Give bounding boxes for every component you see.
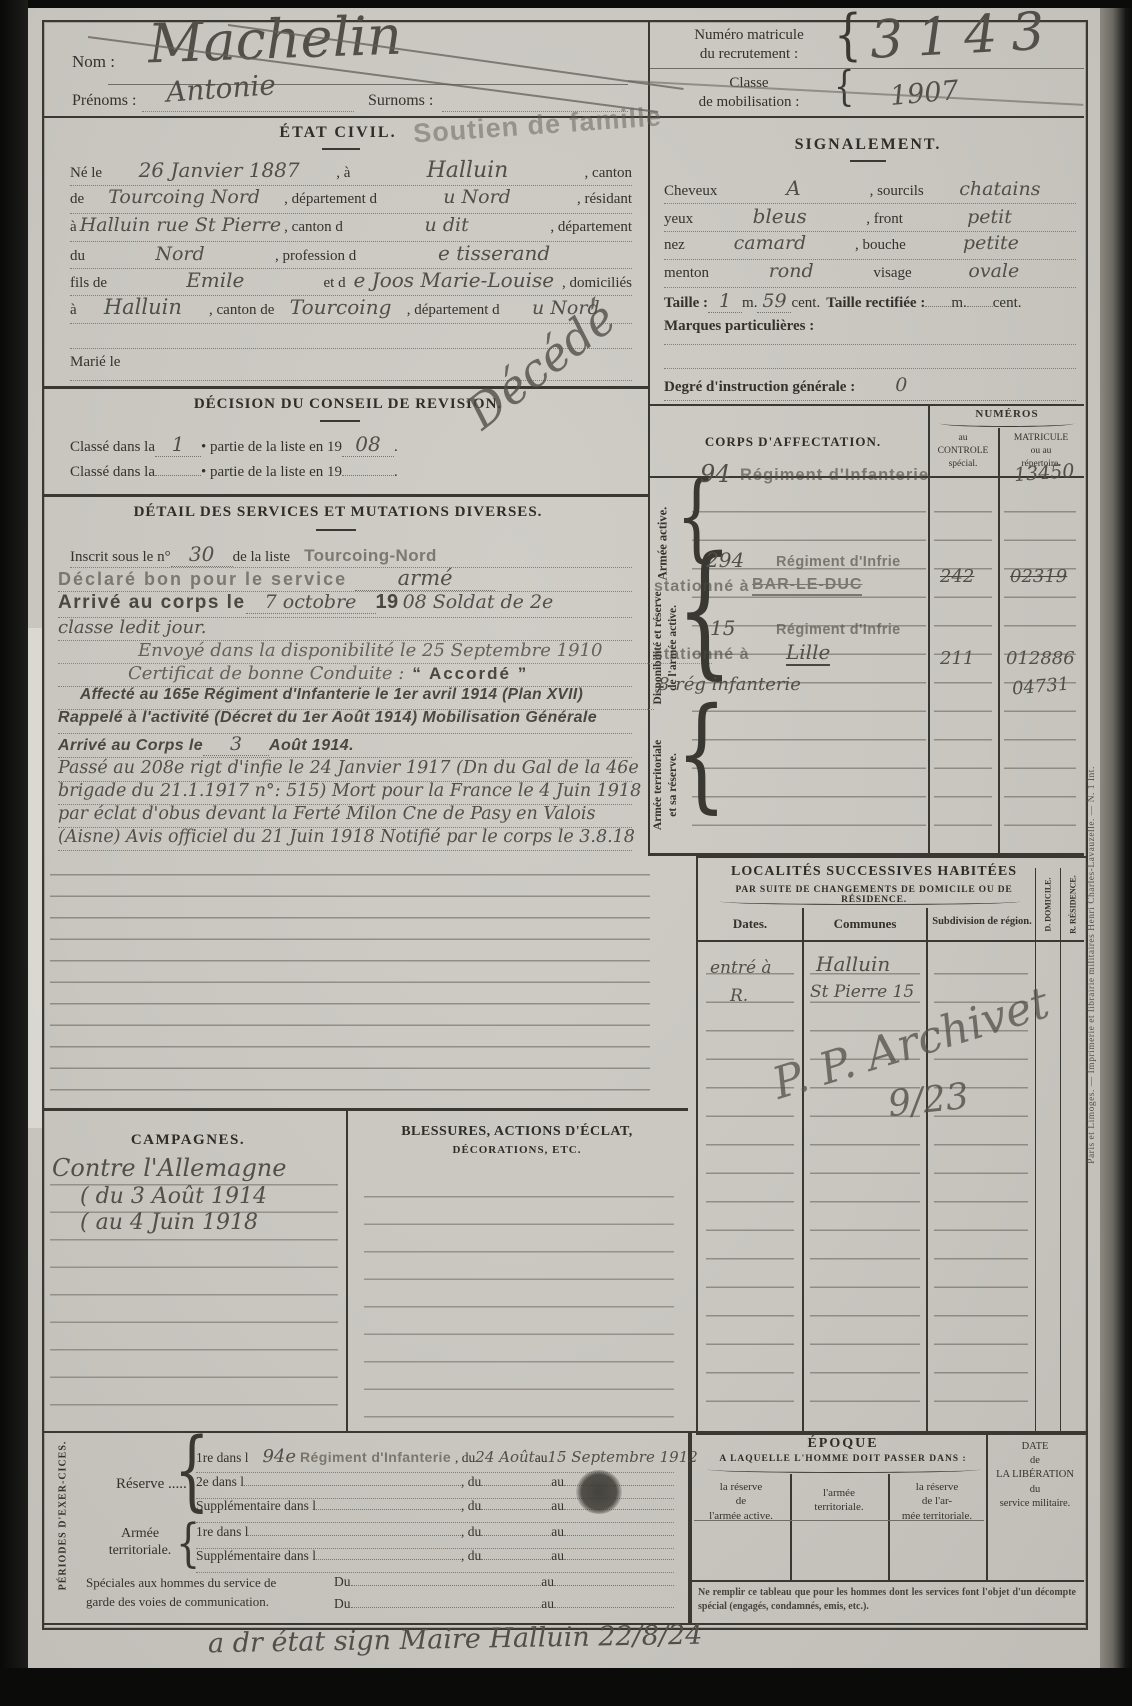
nom-label: Nom : (72, 52, 115, 72)
localites-e1-date: entré à (710, 958, 772, 978)
epoque-note: Ne remplir ce tableau que pour les homme… (698, 1586, 1076, 1614)
corps-r2-stationne: stationné à (654, 578, 749, 596)
a-label: , à (336, 165, 350, 182)
canton2-value: u dit (343, 214, 550, 236)
classe-brace: { (834, 65, 854, 107)
parents-commune-value: Halluin (77, 295, 209, 319)
a2-label: à (70, 219, 77, 236)
mother-value: e Joos Marie-Louise (346, 268, 562, 292)
canton3-label: , canton de (209, 302, 274, 319)
epoque-col2-header: l'armée territoriale. (792, 1486, 886, 1515)
corps-r3-stamp: Régiment d'Infrie (776, 622, 901, 638)
etat-civil-line3: à Halluin rue St Pierre , canton d u dit… (70, 214, 632, 242)
signalement-title: SIGNALEMENT. (728, 136, 1008, 154)
et-de-label: et d (324, 275, 346, 292)
scan-edge-top (0, 0, 1132, 8)
canton-label: , canton (585, 165, 632, 182)
corps-r3-matricule: 012886 (1006, 648, 1075, 669)
services-line3: Arrivé au corps le 7 octobre 19 08 Solda… (58, 591, 632, 618)
localites-header-underline (696, 940, 1084, 942)
corps-r3-num: 15 (710, 616, 735, 640)
services-line1: Inscrit sous le n° 30 de la liste Tourco… (70, 542, 632, 568)
main-vertical-divider (648, 20, 650, 853)
epoque-vdivider-1 (790, 1474, 792, 1580)
divider-decision-services (42, 494, 648, 497)
taille-m-label: m. (742, 295, 757, 312)
birthplace-value: Halluin (350, 158, 584, 183)
epoque-title: ÉPOQUE (700, 1436, 986, 1452)
localites-wave (720, 898, 1020, 905)
de-la-liste-label: de la liste (233, 549, 290, 566)
corps-r2-lieu: BAR-LE-DUC (752, 576, 862, 596)
epoque-col1-header: la réserve de l'armée active. (694, 1480, 788, 1523)
speciales-label: Spéciales aux hommes du service de garde… (86, 1574, 336, 1612)
nom-value: Machelin (147, 4, 403, 76)
scan-edge-right (1100, 8, 1132, 1668)
corps-r1-num: 94 (700, 460, 731, 488)
r2-du-label: , du (461, 1474, 481, 1490)
corps-r2-matricule: 02319 (1010, 566, 1067, 587)
departement2-label: , département (550, 219, 632, 236)
birthdate-value: 26 Janvier 1887 (102, 158, 336, 182)
father-value: Emile (107, 268, 323, 292)
s2-du-label: Du (334, 1596, 351, 1612)
corps-r2-controle: 242 (940, 566, 974, 587)
point2-label: . (394, 464, 398, 481)
yeux-label: yeux (664, 211, 693, 228)
blessures-title: BLESSURES, ACTIONS D'ÉCLAT, (358, 1124, 676, 1140)
cheveux-label: Cheveux (664, 183, 717, 200)
canton2-label: , canton d (284, 219, 343, 236)
localites-e2-commune: St Pierre 15 (810, 982, 914, 1002)
residence-col-header: R. RÉSIDENCE. (1069, 869, 1078, 941)
services-line2: Déclaré bon pour le service armé (58, 566, 632, 592)
parents-canton-value: Tourcoing (274, 295, 406, 319)
classe-dans-label: Classé dans la (70, 439, 155, 456)
services-line6: Certificat de bonne Conduite : “ Accordé… (58, 663, 632, 687)
campagnes-blessures-divider (346, 1111, 348, 1431)
numeros-label: NUMÉROS (930, 408, 1084, 420)
profession-value: e tisserand (356, 241, 632, 265)
localites-e2-date: R. (730, 986, 748, 1006)
services-line11: brigade du 21.1.1917 n°: 515) Mort pour … (58, 781, 632, 805)
partie-liste-label: • partie de la liste en 19 (201, 439, 342, 456)
campagnes-value-2: ( du 3 Août 1914 (80, 1184, 267, 1209)
service-arme-value: armé (355, 566, 495, 591)
sourcils-label: , sourcils (870, 183, 924, 200)
epoque-subtitle: A LAQUELLE L'HOMME DOIT PASSER DANS : (700, 1454, 986, 1464)
r1-regiment-stamp: Régiment d'Infanterie (300, 1449, 451, 1465)
periodes-side-label: PÉRIODES D'EXER-CICES. (58, 1423, 69, 1609)
corps-title: CORPS D'AFFECTATION. (668, 434, 918, 450)
cheveux-line: Cheveux A , sourcils chatains (664, 176, 1076, 204)
liste-annee-value: 08 (342, 432, 394, 457)
departement-value: u Nord (377, 186, 577, 208)
services-line9: Arrivé au Corps le 3 Août 1914. (58, 733, 632, 758)
services-line10: Passé au 208e rigt d'infie le 24 Janvier… (58, 758, 632, 782)
localites-vdivider-4 (1060, 868, 1061, 1431)
scanned-military-record-sheet: Nom : Machelin Prénoms : Antonie Surnoms… (0, 0, 1132, 1706)
corps-r1-matricule: 13450 (1013, 460, 1075, 486)
epoque-wave (708, 1466, 980, 1473)
marie-label: Marié le (70, 354, 120, 371)
r1-label: 1re dans l (196, 1450, 248, 1466)
arrivee2-date-value: 3 (203, 733, 269, 756)
t2-label: Supplémentaire dans l (196, 1548, 316, 1564)
periode-terr-row2: Supplémentaire dans l , du au (196, 1548, 674, 1573)
r1-au-label: au (535, 1450, 548, 1466)
nez-value: camard (685, 232, 855, 254)
nez-line: nez camard , bouche petite (664, 232, 1076, 260)
epoque-vdivider-3 (986, 1431, 988, 1580)
page-fold-band (28, 628, 42, 1128)
taille-rect-m-label: m. (951, 295, 966, 312)
r2-label: 2e dans l (196, 1474, 244, 1490)
numeros-wave (940, 420, 1074, 427)
territoriale-group-brace: { (676, 692, 727, 816)
matricule-value: 3143 (869, 1, 1060, 71)
signalement-rule (850, 160, 886, 162)
campagnes-value-3: ( au 4 Juin 1918 (80, 1210, 258, 1235)
t2-du-label: , du (461, 1548, 481, 1564)
localites-script-2: 9/23 (886, 1076, 971, 1125)
localites-e1-commune: Halluin (816, 952, 890, 976)
corps-r2-num: 294 (706, 548, 744, 572)
taille-m-value: 1 (708, 290, 742, 313)
r3-label: Supplémentaire dans l (196, 1498, 316, 1514)
localites-title: LOCALITÉS SUCCESSIVES HABITÉES (704, 864, 1044, 880)
services-line12: par éclat d'obus devant la Ferté Milon C… (58, 804, 632, 828)
r2-au-label: au (551, 1474, 564, 1490)
periode-spec-row1: Du au (334, 1574, 674, 1596)
r3-du-label: , du (461, 1498, 481, 1514)
subdivision-col-header: Subdivision de région. (926, 916, 1038, 927)
etat-civil-line6: à Halluin , canton de Tourcoing , départ… (70, 295, 632, 324)
dates-col-header: Dates. (698, 916, 802, 932)
taille-cm-value: 59 (757, 290, 791, 313)
s2-au-label: au (541, 1596, 554, 1612)
etat-civil-rule (322, 148, 360, 150)
residant-label: , résidant (577, 191, 632, 208)
epoque-vdivider-2 (888, 1474, 890, 1580)
taille-cm-label: cent. (791, 295, 820, 312)
menton-label: menton (664, 265, 709, 282)
controle-col-label: au CONTROLE spécial. (930, 432, 996, 470)
localites-vdivider-3 (1035, 868, 1036, 1431)
taille-rect-label: Taille rectifiée : (826, 295, 925, 312)
menton-line: menton rond visage ovale (664, 260, 1076, 288)
front-label: , front (866, 211, 903, 228)
scan-edge-bottom (0, 1668, 1132, 1706)
liste-stamp: Tourcoing-Nord (304, 546, 437, 566)
classe-dans2-label: Classé dans la (70, 464, 155, 481)
publisher-imprint: Paris et Limoges. — Imprimerie et librai… (1087, 585, 1097, 1345)
services-line8-stamp: Rappelé à l'activité (Décret du 1er Août… (58, 709, 632, 734)
degre-value: 0 (895, 374, 907, 396)
r3-au-label: au (551, 1498, 564, 1514)
matricule-separator (650, 68, 1084, 69)
yeux-line: yeux bleus , front petit (664, 204, 1076, 232)
epoque-col3-header: la réserve de l'ar- mée territoriale. (890, 1480, 984, 1523)
departement4-label: , département d (407, 302, 500, 319)
t1-au-label: au (551, 1524, 564, 1540)
services-empty-rules (50, 854, 650, 1106)
surnoms-label: Surnoms : (368, 92, 433, 110)
localites-vdivider-2 (926, 908, 928, 1431)
menton-value: rond (709, 260, 873, 282)
inscrit-label: Inscrit sous le n° (70, 549, 171, 566)
arrive-corps-stamp: Arrivé au corps le (58, 592, 246, 614)
periode-reserve-row1: 1re dans l 94e Régiment d'Infanterie , d… (196, 1446, 674, 1473)
services-line5: Envoyé dans la disponibilité le 25 Septe… (58, 640, 712, 664)
campagnes-title: CAMPAGNES. (88, 1132, 288, 1149)
t2-au-label: au (551, 1548, 564, 1564)
liste-partie-value: 1 (155, 432, 201, 457)
etat-civil-line5: fils de Emile et d e Joos Marie-Louise ,… (70, 268, 632, 296)
arrivee-suite-value: 08 Soldat de 2e (403, 591, 554, 613)
corps-r3-lieu: Lille (786, 640, 830, 666)
localites-vdivider-1 (802, 908, 804, 1431)
point-label: . (394, 439, 398, 456)
du-label: du (70, 248, 85, 265)
epoque-headers-underline (694, 1520, 984, 1521)
declare-bon-stamp: Déclaré bon pour le service (58, 569, 347, 590)
taille-label: Taille : (664, 295, 708, 312)
ink-blot (576, 1470, 622, 1514)
accorde-stamp: “ Accordé ” (412, 664, 528, 684)
r1-regiment-num: 94e (262, 1446, 296, 1467)
bouche-label: , bouche (855, 237, 906, 254)
bouche-value: petite (906, 232, 1076, 254)
front-value: petit (903, 206, 1076, 228)
matricule-brace: { (834, 9, 862, 64)
cheveux-value: A (717, 176, 869, 200)
nez-label: nez (664, 237, 685, 254)
s1-du-label: Du (334, 1574, 351, 1590)
sourcils-value: chatains (924, 178, 1076, 200)
fils-de-label: fils de (70, 275, 107, 292)
r1-date2-value: 15 Septembre 1912 (547, 1448, 697, 1466)
domicile-col-header: D. DOMICILE. (1044, 869, 1053, 941)
campagnes-value-1: Contre l'Allemagne (52, 1154, 286, 1182)
prenoms-underline (142, 111, 354, 112)
annee-stamp: 19 (376, 591, 399, 614)
localites-dates-rules (706, 946, 794, 1424)
residence-value: Halluin rue St Pierre (77, 214, 284, 236)
prenoms-label: Prénoms : (72, 92, 136, 110)
services-line13: (Aisne) Avis officiel du 21 Juin 1918 No… (58, 827, 632, 851)
corps-r2-stamp: Régiment d'Infrie (776, 554, 901, 570)
de-label: de (70, 191, 84, 208)
matricule-label: Numéro matricule du recrutement : (663, 26, 835, 64)
r1-date1-value: 24 Août (475, 1448, 534, 1466)
degre-line: Degré d'instruction générale : 0 (664, 374, 1076, 401)
ne-le-label: Né le (70, 165, 102, 182)
corps-r3-controle: 211 (940, 648, 974, 669)
arrive-corps2-stamp: Arrivé au Corps le (58, 737, 203, 755)
visage-value: ovale (912, 260, 1076, 282)
decision-rule (320, 420, 360, 422)
etat-civil-line1: Né le 26 Janvier 1887 , à Halluin , cant… (70, 158, 632, 186)
services-line4: classe ledit jour. (58, 617, 632, 641)
liberation-date-header: DATE de LA LIBÉRATION du service militai… (988, 1440, 1082, 1511)
periode-terr-row1: 1re dans l , du au (196, 1524, 674, 1549)
visage-label: visage (873, 265, 911, 282)
epoque-note-divider (690, 1580, 1084, 1582)
departement3-value: Nord (85, 243, 275, 265)
t1-du-label: , du (461, 1524, 481, 1540)
a3-label: à (70, 302, 77, 319)
corps-r1-stamp: Régiment d'Infanterie (740, 466, 929, 485)
paper-page: Nom : Machelin Prénoms : Antonie Surnoms… (28, 8, 1100, 1668)
services-line7-stamp: Affecté au 165e Régiment d'Infanterie le… (58, 686, 654, 710)
taille-rect-cm-label: cent. (993, 295, 1022, 312)
marques-label: Marques particulières : (664, 318, 814, 335)
r1-du-label: , du (455, 1450, 475, 1466)
marques-blank-line (664, 346, 1076, 369)
header-divider-right (648, 116, 1084, 118)
departement-label: , département d (284, 191, 377, 208)
periode-spec-row2: Du au (334, 1596, 674, 1618)
services-rule (316, 529, 356, 531)
profession-label: , profession d (275, 248, 356, 265)
communes-col-header: Communes (804, 916, 926, 932)
corps-vdivider-2 (998, 428, 1000, 853)
localites-communes-rules (810, 946, 920, 1424)
blessures-subtitle: DÉCORATIONS, ETC. (358, 1144, 676, 1156)
yeux-value: bleus (693, 204, 866, 228)
divider-campagnes-top (42, 1108, 688, 1111)
arrivee-date-value: 7 octobre (246, 591, 376, 614)
etat-civil-line2: de Tourcoing Nord , département d u Nord… (70, 186, 632, 214)
t1-label: 1re dans l (196, 1524, 248, 1540)
etat-civil-line4: du Nord , profession d e tisserand (70, 241, 632, 269)
scan-edge-left (0, 0, 28, 1706)
domicilies-label: , domiciliés (562, 275, 632, 292)
classe-label: Classe de mobilisation : (663, 74, 835, 112)
degre-label: Degré d'instruction générale : (664, 379, 855, 396)
blessures-rules (364, 1170, 674, 1424)
partie-liste2-label: • partie de la liste en 19 (201, 464, 342, 481)
decision-line2: Classé dans la • partie de la liste en 1… (70, 464, 520, 490)
decision-line1: Classé dans la 1 • partie de la liste en… (70, 432, 520, 460)
certificat-value: Certificat de bonne Conduite : (128, 663, 404, 684)
taille-line: Taille : 1 m. 59 cent. Taille rectifiée … (664, 290, 1076, 316)
canton-value: Tourcoing Nord (84, 186, 284, 208)
numero-liste-value: 30 (171, 542, 233, 567)
corps-r3-stationne: stationné à (654, 646, 749, 664)
aout-1914-stamp: Août 1914. (269, 737, 354, 755)
services-title: DÉTAIL DES SERVICES ET MUTATIONS DIVERSE… (68, 504, 608, 521)
s1-au-label: au (541, 1574, 554, 1590)
marques-line: Marques particulières : (664, 318, 1076, 345)
territoriale-label: Armée territoriale. (98, 1526, 182, 1560)
corps-top-divider (648, 404, 1084, 406)
